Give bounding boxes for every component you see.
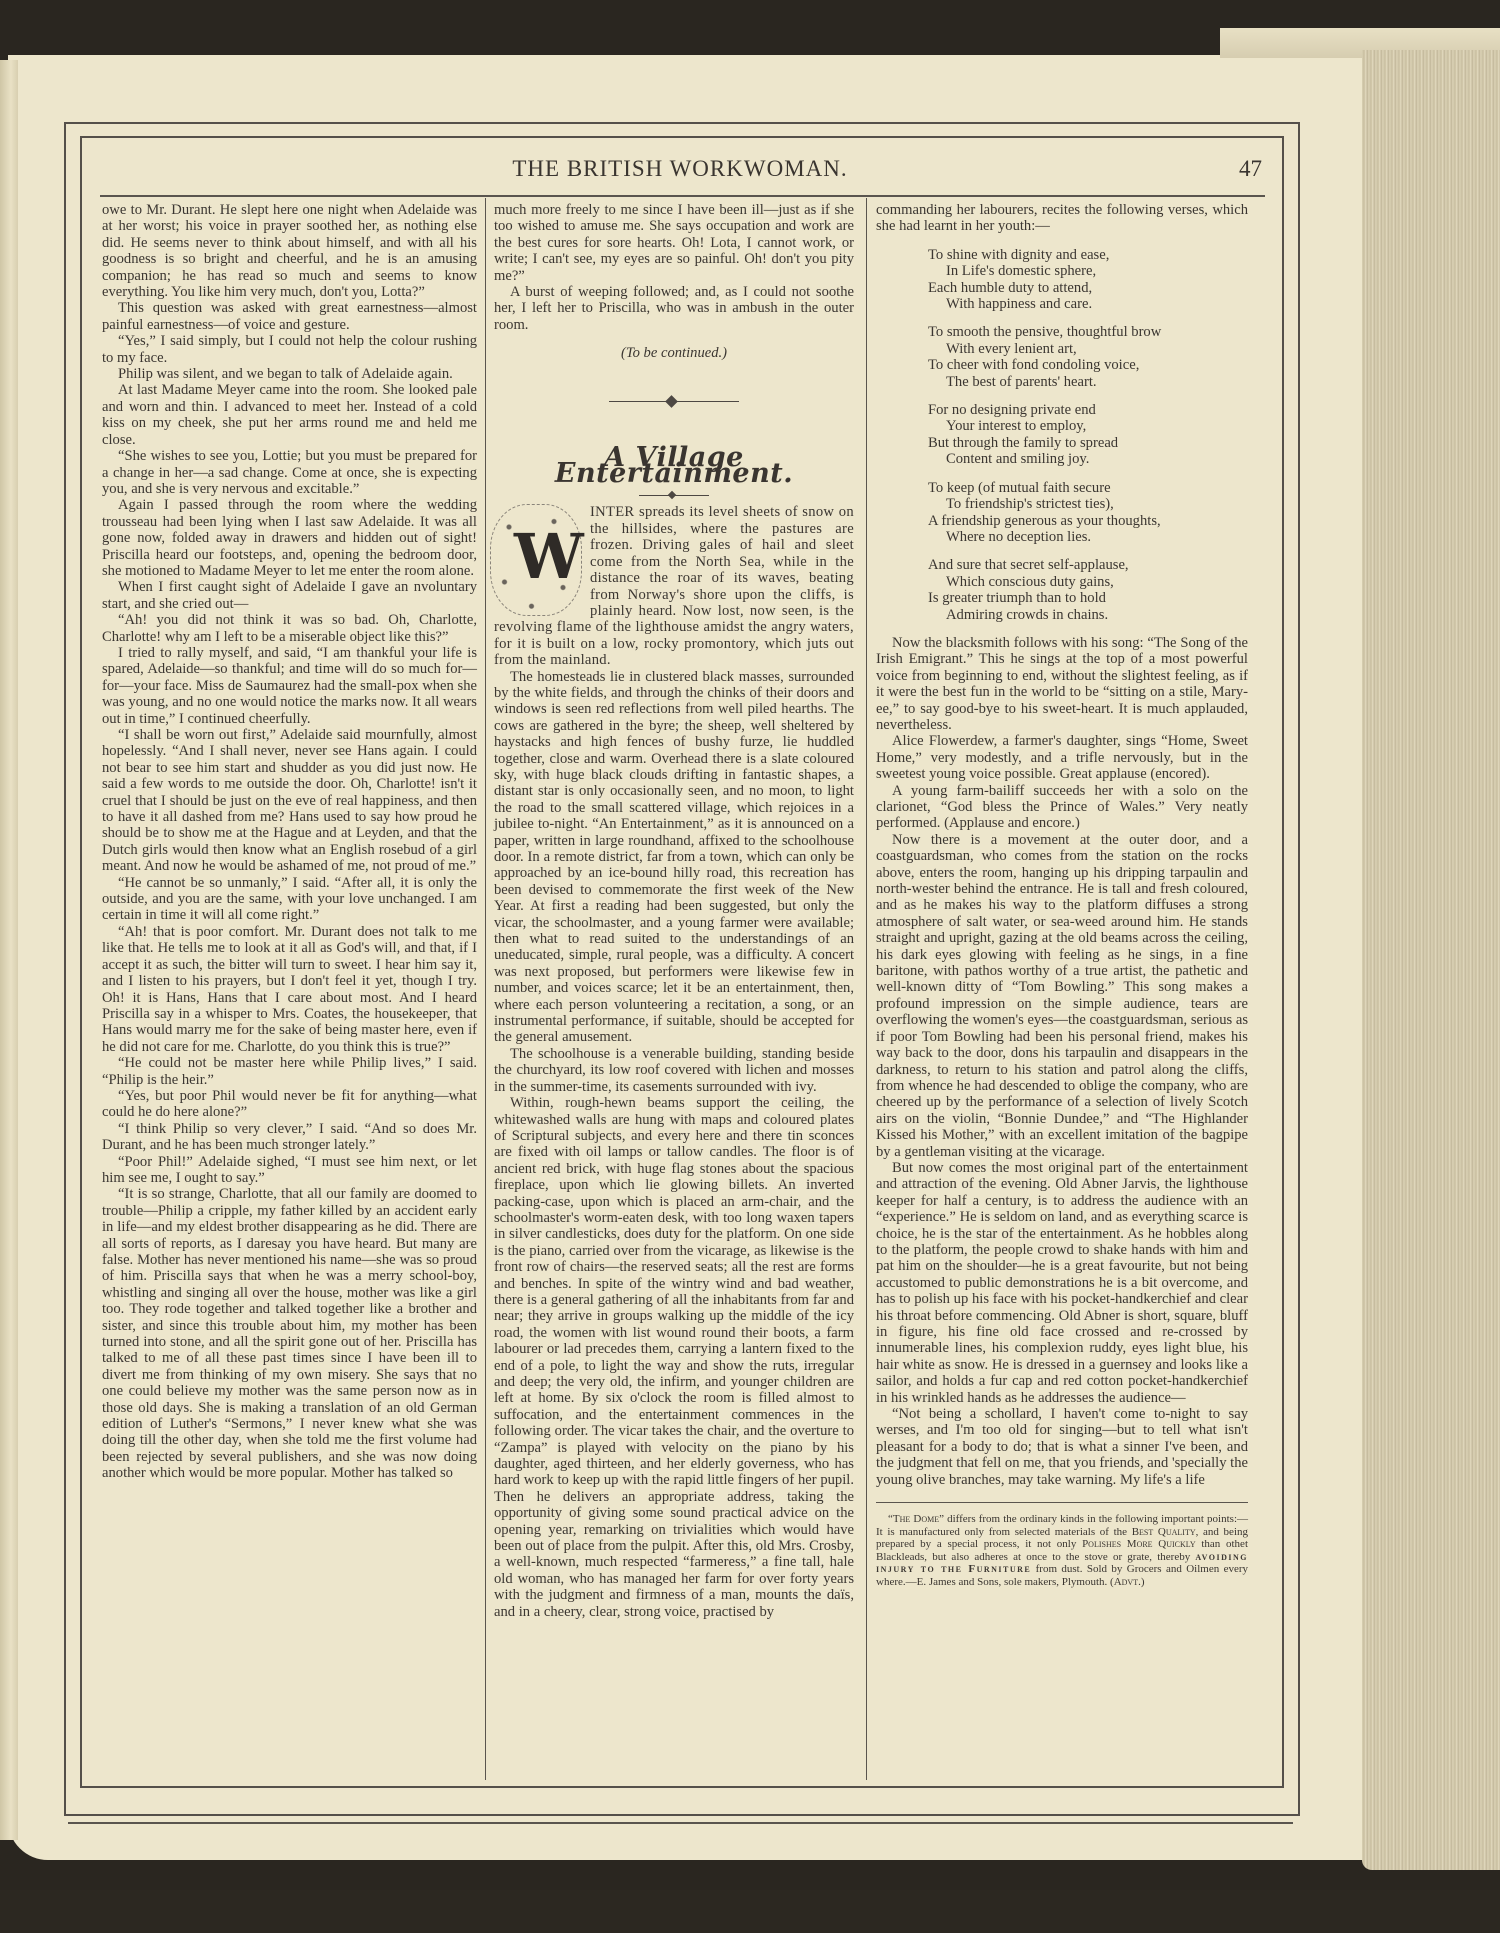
paragraph: A burst of weeping followed; and, as I c… [494,284,854,333]
title-ornament-icon [639,490,709,502]
paragraph: Alice Flowerdew, a farmer's daughter, si… [876,733,1248,782]
paragraph: “He could not be master here while Phili… [102,1055,477,1088]
footer-rule [68,1822,1293,1824]
paragraph: “Yes,” I said simply, but I could not he… [102,333,477,366]
poem-line: With every lenient art, [928,341,1248,357]
paragraph: much more freely to me since I have been… [494,202,854,284]
poem-line: Where no deception lies. [928,529,1248,545]
poem: To shine with dignity and ease, In Life'… [928,247,1248,623]
column-3: commanding her labourers, recites the fo… [876,202,1248,1589]
paragraph: “Yes, but poor Phil would never be fit f… [102,1088,477,1121]
poem-line: To shine with dignity and ease, [928,247,1248,263]
book-gutter [0,60,18,1840]
paragraph: This question was asked with great earne… [102,300,477,333]
paragraph: “Poor Phil!” Adelaide sighed, “I must se… [102,1154,477,1187]
paragraph: Now there is a movement at the outer doo… [876,832,1248,1160]
advertisement: “The Dome” differs from the ordinary kin… [876,1513,1248,1589]
poem-line: Admiring crowds in chains. [928,607,1248,623]
paragraph: “Ah! you did not think it was so bad. Oh… [102,612,477,645]
paragraph: But now comes the most original part of … [876,1160,1248,1406]
to-be-continued-note: (To be continued.) [494,345,854,361]
poem-line: Each humble duty to attend, [928,280,1248,296]
poem-stanza: To shine with dignity and ease, In Life'… [928,247,1248,313]
poem-intro: commanding her labourers, recites the fo… [876,202,1248,235]
paragraph: The schoolhouse is a venerable building,… [494,1046,854,1095]
article-opening: W INTER spreads its level sheets of snow… [494,504,854,668]
decorated-initial: W [490,504,582,616]
poem-line: Is greater triumph than to hold [928,590,1248,606]
paragraph: “He cannot be so unmanly,” I said. “Afte… [102,875,477,924]
paragraph: “I shall be worn out first,” Adelaide sa… [102,727,477,875]
poem-line: With happiness and care. [928,296,1248,312]
column-divider-2 [866,198,867,1780]
poem-line: To cheer with fond condoling voice, [928,357,1248,373]
poem-line: The best of parents' heart. [928,374,1248,390]
paragraph: Now the blacksmith follows with his song… [876,635,1248,733]
poem-line: But through the family to spread [928,435,1248,451]
paragraph: Philip was silent, and we began to talk … [102,366,477,382]
poem-line: Your interest to employ, [928,418,1248,434]
poem-stanza: For no designing private end Your intere… [928,402,1248,468]
column-2: much more freely to me since I have been… [494,202,854,1620]
paragraph: Again I passed through the room where th… [102,497,477,579]
paragraph: “Not being a schollard, I haven't come t… [876,1406,1248,1488]
poem-line: To friendship's strictest ties), [928,496,1248,512]
page-edges [1362,50,1500,1870]
paragraph: At last Madame Meyer came into the room.… [102,382,477,448]
poem-line: For no designing private end [928,402,1248,418]
paragraph: “It is so strange, Charlotte, that all o… [102,1186,477,1481]
initial-letter: W [514,522,584,592]
column-divider-1 [485,198,486,1780]
page-number: 47 [1239,156,1262,182]
advertisement-rule [876,1502,1248,1503]
publication-title: THE BRITISH WORKWOMAN. [80,156,1280,182]
poem-line: In Life's domestic sphere, [928,263,1248,279]
paragraph: Within, rough-hewn beams support the cei… [494,1095,854,1620]
ad-advt-label: (Advt.) [1110,1576,1144,1588]
column-1-serial-story: owe to Mr. Durant. He slept here one nig… [102,202,477,1482]
ad-emphasis: Polishes More Quickly [1082,1538,1196,1550]
poem-line: To keep (of mutual faith secure [928,480,1248,496]
poem-stanza: And sure that secret self-applause, Whic… [928,557,1248,623]
paragraph: The homesteads lie in clustered black ma… [494,669,854,1046]
background-bottom [0,1890,1500,1933]
poem-line: To smooth the pensive, thoughtful brow [928,324,1248,340]
header-rule [100,195,1265,197]
poem-stanza: To smooth the pensive, thoughtful brow W… [928,324,1248,390]
poem-line: Content and smiling joy. [928,451,1248,467]
ad-product-name: “The Dome” [888,1513,944,1525]
paragraph: “She wishes to see you, Lottie; but you … [102,448,477,497]
running-head: THE BRITISH WORKWOMAN. 47 [80,150,1280,190]
paragraph: “Ah! that is poor comfort. Mr. Durant do… [102,924,477,1055]
ad-emphasis: Best Quality [1132,1526,1196,1538]
section-ornament-icon [609,396,739,408]
paragraph: When I first caught sight of Adelaide I … [102,579,477,612]
poem-line: A friendship generous as your thoughts, [928,513,1248,529]
paragraph: A young farm-bailiff succeeds her with a… [876,783,1248,832]
article-title: A Village Entertainment. [494,450,854,483]
paragraph: owe to Mr. Durant. He slept here one nig… [102,202,477,300]
paragraph: I tried to rally myself, and said, “I am… [102,645,477,727]
poem-line: Which conscious duty gains, [928,574,1248,590]
poem-line: And sure that secret self-applause, [928,557,1248,573]
poem-stanza: To keep (of mutual faith secure To frien… [928,480,1248,546]
paragraph: “I think Philip so very clever,” I said.… [102,1121,477,1154]
